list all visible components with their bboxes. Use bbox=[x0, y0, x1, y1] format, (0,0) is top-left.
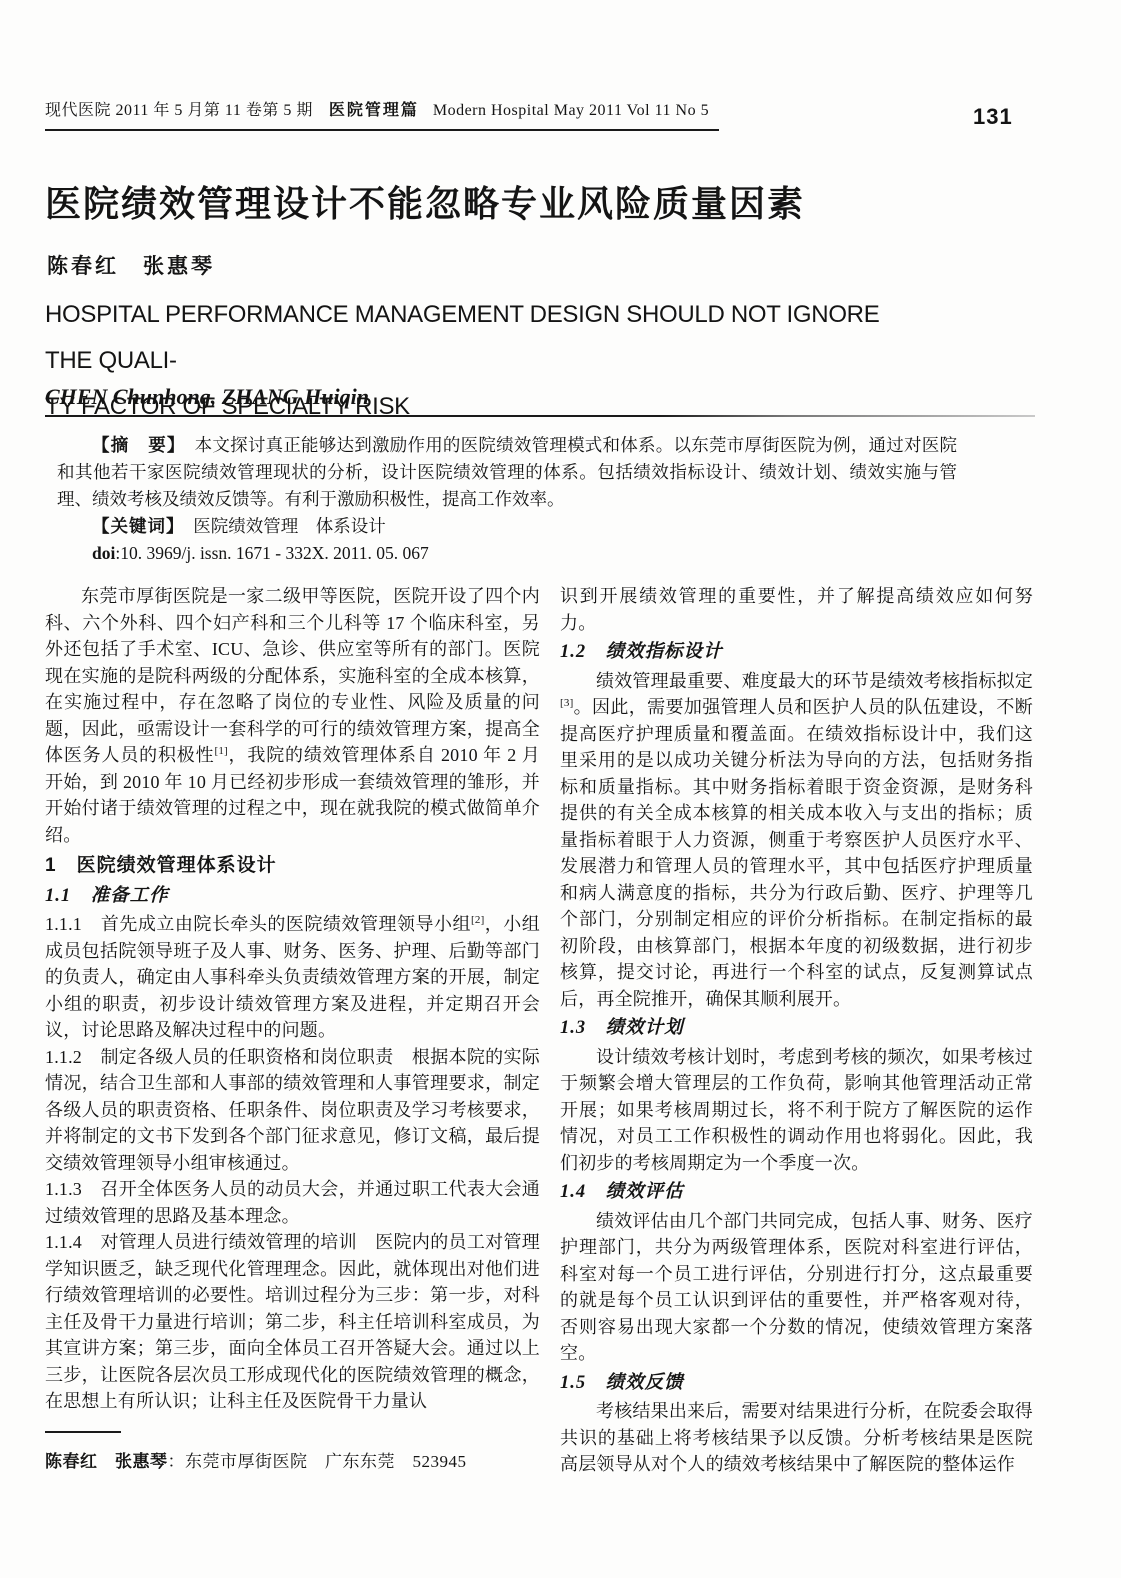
page-number: 131 bbox=[973, 104, 1013, 130]
article-title-cn: 医院绩效管理设计不能忽略专业风险质量因素 bbox=[45, 176, 1065, 227]
heading-1: 1 医院绩效管理体系设计 bbox=[45, 853, 540, 880]
journal-title-en: Modern Hospital May 2011 Vol 11 No 5 bbox=[433, 102, 709, 119]
body-column-left: 东莞市厚街医院是一家二级甲等医院，医院开设了四个内科、六个外科、四个妇产科和三个… bbox=[45, 583, 540, 1415]
abstract-text: 本文探讨真正能够达到激励作用的医院绩效管理模式和体系。以东莞市厚街医院为例，通过… bbox=[57, 435, 957, 509]
footer-authors: 陈春红 张惠琴 bbox=[45, 1452, 168, 1471]
doi-line: doi:10. 3969/j. issn. 1671 - 332X. 2011.… bbox=[57, 540, 957, 567]
heading-1-4: 1.4 绩效评估 bbox=[560, 1179, 1033, 1206]
journal-section-label: 医院管理篇 bbox=[329, 102, 419, 119]
keywords-line: 【关键词】 医院绩效管理 体系设计 bbox=[57, 513, 957, 540]
keywords-label: 【关键词】 bbox=[92, 516, 176, 536]
para-1-1-3: 1.1.3 召开全体医务人员的动员大会，并通过职工代表大会通过绩效管理的思路及基… bbox=[45, 1176, 540, 1229]
para-1-4: 绩效评估由几个部门共同完成，包括人事、财务、医疗护理部门，共分为两级管理体系，医… bbox=[560, 1208, 1033, 1367]
article-authors-en: CHEN Chunhong, ZHANG Huiqin bbox=[45, 384, 369, 410]
para-1-1-4: 1.1.4 对管理人员进行绩效管理的培训 医院内的员工对管理学知识匮乏，缺乏现代… bbox=[45, 1229, 540, 1415]
abstract-block: 【摘 要】 本文探讨真正能够达到激励作用的医院绩效管理模式和体系。以东莞市厚街医… bbox=[57, 432, 957, 567]
body-column-right: 识到开展绩效管理的重要性，并了解提高绩效应如何努力。1.2 绩效指标设计绩效管理… bbox=[560, 583, 1033, 1478]
journal-page: 现代医院 2011 年 5 月第 11 卷第 5 期医院管理篇Modern Ho… bbox=[0, 0, 1121, 1578]
doi-value: :10. 3969/j. issn. 1671 - 332X. 2011. 05… bbox=[115, 543, 428, 563]
doi-label: doi bbox=[92, 543, 115, 563]
para-1-3: 设计绩效考核计划时，考虑到考核的频次，如果考核过于频繁会增大管理层的工作负荷，影… bbox=[560, 1044, 1033, 1177]
footer-rule bbox=[45, 1431, 121, 1433]
journal-header: 现代医院 2011 年 5 月第 11 卷第 5 期医院管理篇Modern Ho… bbox=[45, 97, 745, 120]
para-1-2: 绩效管理最重要、难度最大的环节是绩效考核指标拟定[3]。因此，需要加强管理人员和… bbox=[560, 668, 1033, 1013]
keywords-text: 医院绩效管理 体系设计 bbox=[176, 516, 386, 536]
author-affiliation-note: 陈春红 张惠琴：东莞市厚街医院 广东东莞 523945 bbox=[45, 1447, 945, 1472]
heading-1-5: 1.5 绩效反馈 bbox=[560, 1370, 1033, 1397]
abstract-label: 【摘 要】 bbox=[92, 435, 177, 455]
header-rule bbox=[45, 129, 719, 131]
journal-title-cn: 现代医院 2011 年 5 月第 11 卷第 5 期 bbox=[45, 102, 313, 119]
para-continuation: 识到开展绩效管理的重要性，并了解提高绩效应如何努力。 bbox=[560, 583, 1033, 636]
footer-affiliation: ：东莞市厚街医院 广东东莞 523945 bbox=[168, 1452, 467, 1471]
para-1-1-1: 1.1.1 首先成立由院长牵头的医院绩效管理领导小组[2]，小组成员包括院领导班… bbox=[45, 911, 540, 1044]
article-authors-cn: 陈春红 张惠琴 bbox=[47, 250, 215, 280]
abstract-top-rule bbox=[45, 415, 1035, 417]
heading-1-1: 1.1 准备工作 bbox=[45, 883, 540, 910]
abstract-paragraph: 【摘 要】 本文探讨真正能够达到激励作用的医院绩效管理模式和体系。以东莞市厚街医… bbox=[57, 432, 957, 513]
heading-1-2: 1.2 绩效指标设计 bbox=[560, 639, 1033, 666]
para-intro: 东莞市厚街医院是一家二级甲等医院，医院开设了四个内科、六个外科、四个妇产科和三个… bbox=[45, 583, 540, 848]
para-1-1-2: 1.1.2 制定各级人员的任职资格和岗位职责 根据本院的实际情况，结合卫生部和人… bbox=[45, 1044, 540, 1177]
heading-1-3: 1.3 绩效计划 bbox=[560, 1015, 1033, 1042]
article-title-en-line1: HOSPITAL PERFORMANCE MANAGEMENT DESIGN S… bbox=[45, 292, 905, 384]
